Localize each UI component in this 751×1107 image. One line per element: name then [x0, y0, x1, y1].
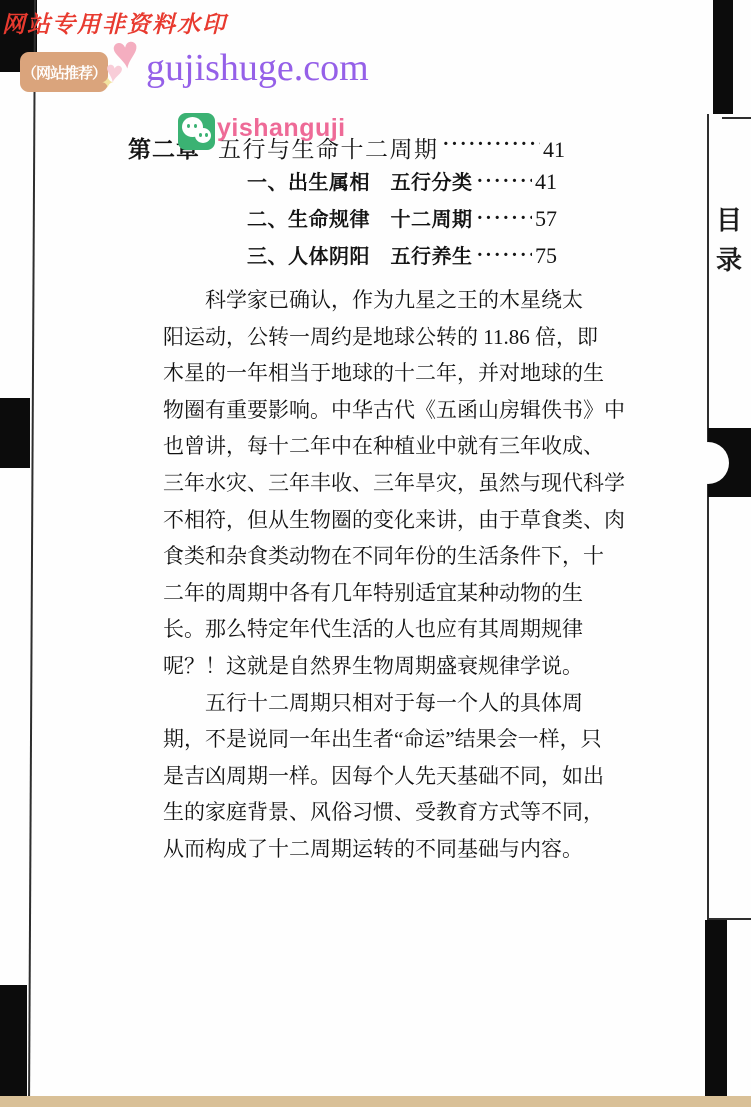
toc-entry-page: 75	[535, 243, 557, 269]
margin-tab-char-1: 目	[714, 208, 744, 234]
sparkle-icon: ✦	[101, 76, 114, 92]
scan-edge-block-mid-left	[0, 398, 30, 468]
watermark-site-name: gujishuge.com	[146, 46, 369, 90]
body-line: 从而构成了十二周期运转的不同基础与内容。	[163, 831, 558, 868]
body-line: 五行十二周期只相对于每一个人的具体周	[163, 685, 558, 722]
scan-edge-bar-bottom-right	[705, 920, 727, 1096]
body-text: 科学家已确认，作为九星之王的木星绕太阳运动，公转一周约是地球公转的 11.86 …	[163, 282, 558, 868]
toc-entry-page: 41	[535, 169, 557, 195]
scan-edge-bar-top-right	[713, 0, 733, 114]
toc-entries: 一、出生属相 五行分类·····························…	[247, 166, 557, 277]
body-line: 木星的一年相当于地球的十二年，并对地球的生	[163, 355, 558, 392]
body-line: 食类和杂食类动物在不同年份的生活条件下，十	[163, 538, 558, 575]
body-line: 科学家已确认，作为九星之王的木星绕太	[163, 282, 558, 319]
scan-edge-line-left	[28, 0, 36, 1107]
toc-entry-label: 三、人体阴阳 五行养生	[247, 240, 473, 269]
site-recommend-badge-label: （网站推荐）	[22, 62, 106, 83]
scan-page-edge-tick-top	[722, 117, 751, 119]
body-line: 呢？！这就是自然界生物周期盛衰规律学说。	[163, 648, 558, 685]
body-line: 不相符，但从生物圈的变化来讲，由于草食类、肉	[163, 502, 558, 539]
dot-leader: ········································…	[443, 133, 541, 156]
chapter-page-number: 41	[543, 137, 565, 163]
thumb-index-notch	[687, 442, 729, 484]
body-line: 生的家庭背景、风俗习惯、受教育方式等不同，	[163, 794, 558, 831]
dot-leader: ········································…	[477, 207, 533, 230]
margin-tab-char-2: 录	[714, 248, 744, 274]
scanned-book-page: 目 录 网站专用非资料水印 （网站推荐） ♥ ♥ ✦ gujishuge.com…	[0, 0, 751, 1107]
dot-leader: ········································…	[477, 244, 533, 267]
body-line: 也曾讲，每十二年中在种植业中就有三年收成、	[163, 428, 558, 465]
site-recommend-badge: （网站推荐）	[20, 52, 108, 92]
body-line: 物圈有重要影响。中华古代《五函山房辑佚书》中	[163, 392, 558, 429]
chat-face-small	[195, 128, 211, 143]
body-line: 期，不是说同一年出生者“命运”结果会一样，只	[163, 721, 558, 758]
body-line: 是吉凶周期一样。因每个人先天基础不同，如出	[163, 758, 558, 795]
toc-entry-label: 二、生命规律 十二周期	[247, 203, 473, 232]
toc-entry: 二、生命规律 十二周期·····························…	[247, 203, 557, 240]
dot-leader: ········································…	[477, 170, 533, 193]
body-line: 长。那么特定年代生活的人也应有其周期规律	[163, 611, 558, 648]
toc-entry: 一、出生属相 五行分类·····························…	[247, 166, 557, 203]
toc-entry: 三、人体阴阳 五行养生·····························…	[247, 240, 557, 277]
toc-entry-page: 57	[535, 206, 557, 232]
body-line: 阳运动，公转一周约是地球公转的 11.86 倍，即	[163, 319, 558, 356]
body-line: 三年水灾、三年丰收、三年旱灾，虽然与现代科学	[163, 465, 558, 502]
body-line: 二年的周期中各有几年特别适宜某种动物的生	[163, 575, 558, 612]
scan-bottom-strip	[0, 1096, 751, 1107]
scan-edge-block-bottom-left	[0, 985, 27, 1096]
scan-page-edge-line-right	[707, 114, 709, 920]
watermark-logo-text: yishanguji	[217, 114, 346, 143]
toc-entry-label: 一、出生属相 五行分类	[247, 166, 473, 195]
chat-logo-icon	[178, 113, 215, 150]
